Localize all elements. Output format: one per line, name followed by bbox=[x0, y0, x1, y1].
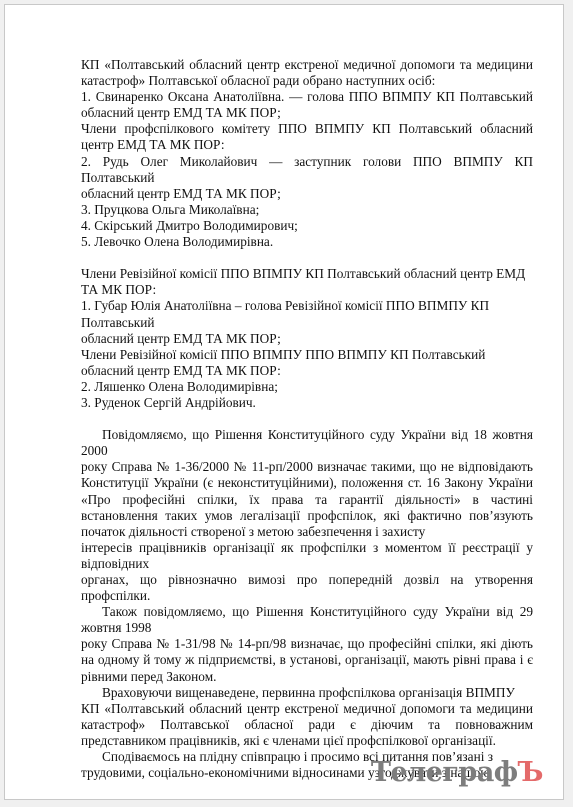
document-page: КП «Полтавський обласний центр екстреної… bbox=[4, 4, 564, 800]
text-line: катастроф» Полтавської обласної ради є д… bbox=[81, 717, 533, 733]
text-line: 2. Рудь Олег Миколайович — заступник гол… bbox=[81, 154, 533, 170]
text-line: інтересів працівників організації як про… bbox=[81, 540, 533, 556]
elected-members-section: КП «Полтавський обласний центр екстреної… bbox=[81, 57, 533, 250]
text-line: Полтавський bbox=[81, 170, 533, 186]
text-line: Також повідомляємо, що Рішення Конституц… bbox=[81, 604, 533, 620]
text-line: ТА МК ПОР: bbox=[81, 282, 533, 298]
text-line: відповідних bbox=[81, 556, 533, 572]
audit-commission-section: Члени Ревізійної комісії ППО ВПМПУ КП По… bbox=[81, 266, 533, 411]
text-line: 1. Свинаренко Оксана Анатоліївна. — голо… bbox=[81, 89, 533, 105]
telegraf-watermark-logo: ТелеграфЪ bbox=[371, 757, 543, 788]
text-line: 2. Ляшенко Олена Володимирівна; bbox=[81, 379, 533, 395]
spacer bbox=[81, 411, 533, 427]
spacer bbox=[81, 250, 533, 266]
text-line: жовтня 1998 bbox=[81, 620, 533, 636]
logo-main-text: Телеграф bbox=[371, 757, 518, 788]
document-body: КП «Полтавський обласний центр екстреної… bbox=[81, 57, 533, 781]
text-line: рівними перед Законом. bbox=[81, 669, 533, 685]
text-line: обласний центр ЕМД ТА МК ПОР; bbox=[81, 331, 533, 347]
text-line: на одному й тому ж підприємстві, в устан… bbox=[81, 652, 533, 668]
text-line: обласний центр ЕМД ТА МК ПОР; bbox=[81, 186, 533, 202]
text-line: 3. Пруцкова Ольга Миколаївна; bbox=[81, 202, 533, 218]
text-line: Повідомляємо, що Рішення Конституційного… bbox=[81, 427, 533, 443]
text-line: 5. Левочко Олена Володимирівна. bbox=[81, 234, 533, 250]
text-line: початок діяльності створеної з метою заб… bbox=[81, 524, 533, 540]
text-line: встановлення таких умов легалізації проф… bbox=[81, 508, 533, 524]
text-line: 4. Скірський Дмитро Володимирович; bbox=[81, 218, 533, 234]
text-line: Члени Ревізійної комісії ППО ВПМПУ КП По… bbox=[81, 266, 533, 282]
text-line: Полтавський bbox=[81, 315, 533, 331]
text-line: 3. Руденок Сергій Андрійович. bbox=[81, 395, 533, 411]
text-line: Члени профспілкового комітету ППО ВПМПУ … bbox=[81, 121, 533, 137]
text-line: Конституції України (є неконституційними… bbox=[81, 475, 533, 491]
text-line: 1. Губар Юлія Анатоліївна – голова Ревіз… bbox=[81, 298, 533, 314]
text-line: представником працівників, які є членами… bbox=[81, 733, 533, 749]
text-line: року Справа № 1-31/98 № 14-рп/98 визнача… bbox=[81, 636, 533, 652]
text-line: катастроф» Полтавської обласної ради обр… bbox=[81, 73, 533, 89]
text-line: Члени Ревізійної комісії ППО ВПМПУ ППО В… bbox=[81, 347, 533, 363]
text-line: органах, що рівнозначно вимозі про попер… bbox=[81, 572, 533, 588]
text-line: профспілки. bbox=[81, 588, 533, 604]
text-line: 2000 bbox=[81, 443, 533, 459]
text-line: року Справа № 1-36/2000 № 11-рп/2000 виз… bbox=[81, 459, 533, 475]
logo-accent-letter: Ъ bbox=[518, 757, 543, 788]
notice-section: Повідомляємо, що Рішення Конституційного… bbox=[81, 427, 533, 781]
text-line: Враховуючи вищенаведене, первинна профсп… bbox=[81, 685, 533, 701]
text-line: КП «Полтавський обласний центр екстреної… bbox=[81, 57, 533, 73]
text-line: центр ЕМД ТА МК ПОР: bbox=[81, 137, 533, 153]
text-line: КП «Полтавський обласний центр екстреної… bbox=[81, 701, 533, 717]
text-line: обласний центр ЕМД ТА МК ПОР; bbox=[81, 105, 533, 121]
text-line: «Про професійні спілки, їх права та гара… bbox=[81, 492, 533, 508]
text-line: обласний центр ЕМД ТА МК ПОР: bbox=[81, 363, 533, 379]
